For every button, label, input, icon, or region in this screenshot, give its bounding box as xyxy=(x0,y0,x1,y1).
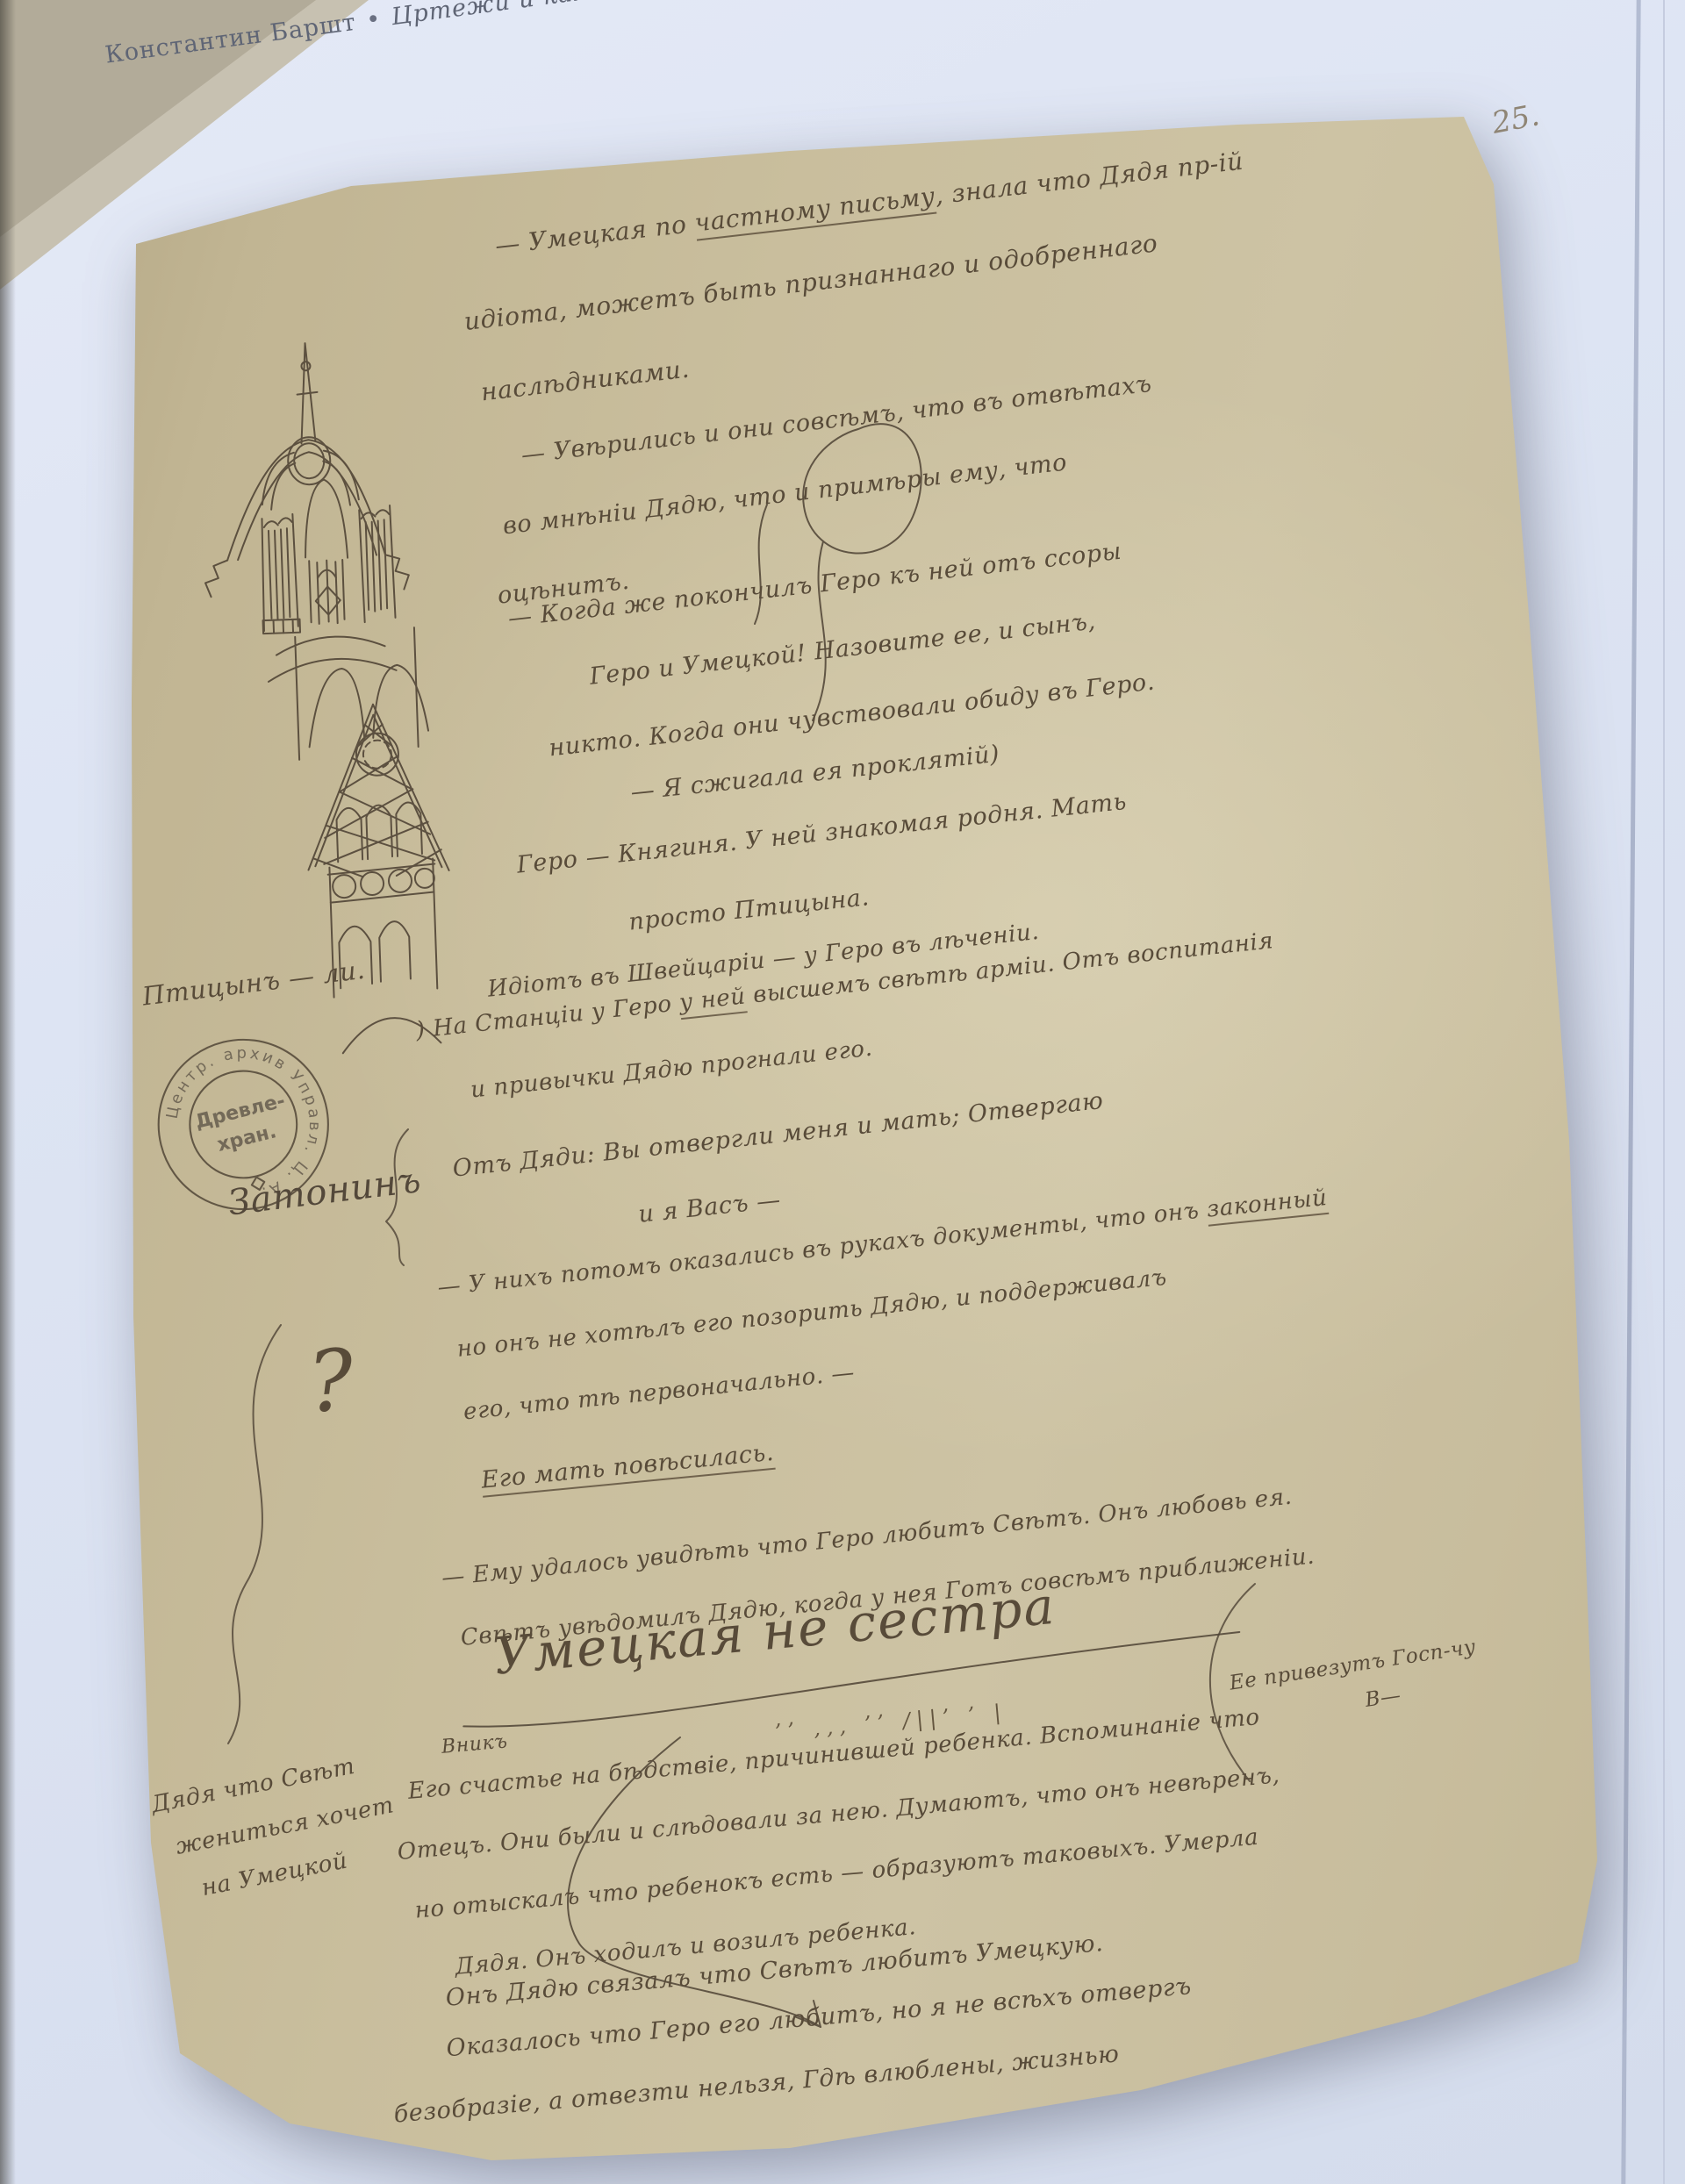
margin-question-mark: ? xyxy=(305,1337,357,1424)
running-head-separator: • xyxy=(364,5,383,34)
underlined-text: у ней xyxy=(678,983,748,1020)
underlined-text: частному письму xyxy=(693,182,937,241)
underlined-text: законный xyxy=(1206,1185,1330,1227)
book-photograph: Константин Баршт•Цртежи и калиграфија 25… xyxy=(0,0,1685,2184)
